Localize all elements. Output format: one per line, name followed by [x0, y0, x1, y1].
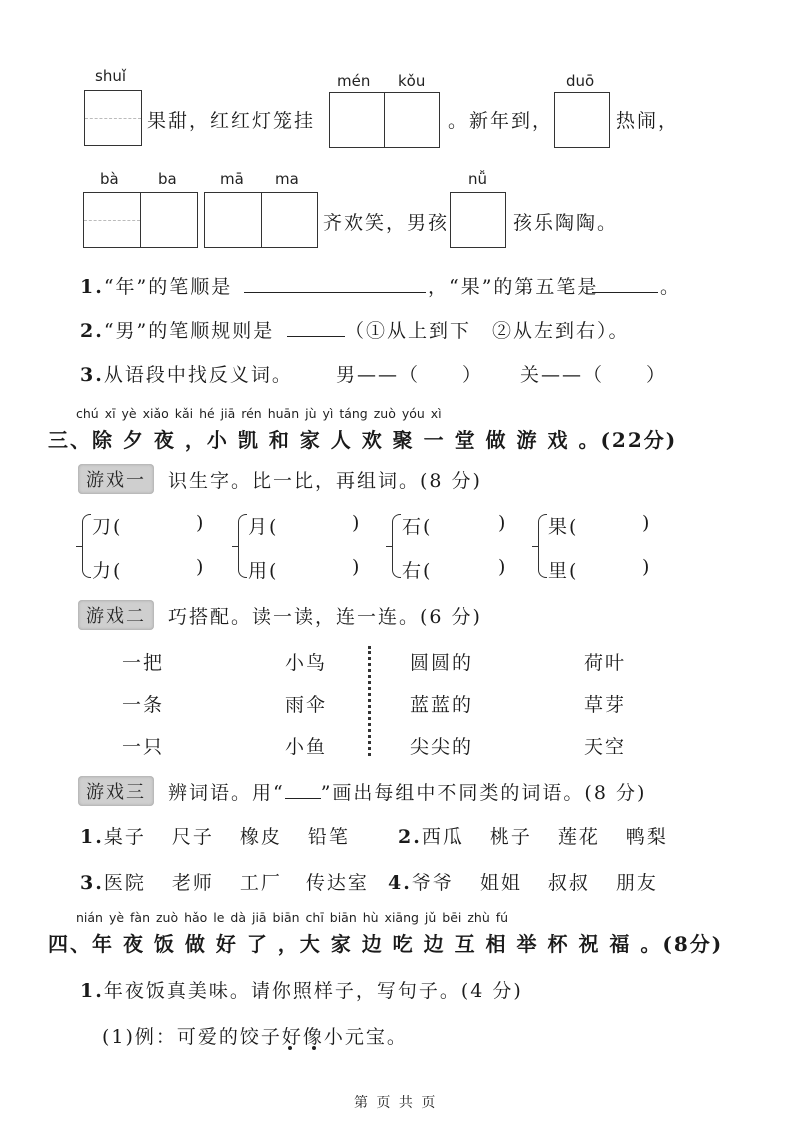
game3-badge: 游戏三: [78, 776, 154, 806]
group2-bottom: 用(: [248, 556, 278, 583]
match-adj-2[interactable]: 蓝蓝的: [410, 690, 473, 717]
pinyin-duo: duō: [566, 72, 594, 90]
game1-instruction: 识生字。比一比，再组词。(8 分): [168, 466, 482, 493]
group4-bottom: 里(: [548, 556, 578, 583]
passage-text: 孩乐陶陶。: [513, 208, 618, 235]
answer-box-ba2[interactable]: [140, 192, 198, 248]
divider: [368, 646, 371, 756]
passage-text: 果甜，红红灯笼挂: [147, 106, 315, 133]
answer-box-duo[interactable]: [554, 92, 610, 148]
paren: ): [196, 556, 205, 578]
pinyin-ma2: ma: [275, 170, 299, 188]
match-adj-3[interactable]: 尖尖的: [410, 732, 473, 759]
match-left-3[interactable]: 一只: [122, 732, 164, 759]
answer-box-men[interactable]: [329, 92, 385, 148]
group3-top: 石(: [402, 512, 432, 539]
passage-text: 热闹，: [616, 106, 679, 133]
punct: 。: [660, 272, 681, 299]
match-noun-3[interactable]: 小鱼: [285, 732, 327, 759]
game2-badge: 游戏二: [78, 600, 154, 630]
question-2-options: （①从上到下 ②从左到右）。: [345, 316, 630, 343]
match-noun-1[interactable]: 小鸟: [285, 648, 327, 675]
paren: ): [642, 556, 651, 578]
answer-line-nan-rule[interactable]: [287, 336, 345, 337]
match-noun-2[interactable]: 雨伞: [285, 690, 327, 717]
word-group-1: 1.桌子尺子橡皮铅笔: [80, 822, 350, 849]
paren: ): [352, 556, 361, 578]
word-group-2: 2.西瓜桃子莲花鸭梨: [398, 822, 668, 849]
answer-line-nian-stroke-order[interactable]: [244, 292, 426, 293]
brace: [82, 514, 91, 578]
group1-top: 刀(: [92, 512, 122, 539]
section4-title: 四、年 夜 饭 做 好 了 ，大 家 边 吃 边 互 相 举 杯 祝 福 。(8…: [48, 928, 723, 957]
group4-top: 果(: [548, 512, 578, 539]
answer-box-ma2[interactable]: [261, 192, 318, 248]
answer-box-nu[interactable]: [450, 192, 506, 248]
pinyin-men: mén: [337, 72, 370, 90]
game1-badge: 游戏一: [78, 464, 154, 494]
group2-top: 月(: [248, 512, 278, 539]
brace: [392, 514, 401, 578]
pinyin-kou: kǒu: [398, 72, 425, 90]
page-footer: 第 页 共 页: [354, 1092, 437, 1112]
question-3: 3.从语段中找反义词。: [80, 360, 293, 387]
emphasis-dot: [312, 1046, 316, 1050]
group1-bottom: 力(: [92, 556, 122, 583]
match-right-1[interactable]: 荷叶: [584, 648, 626, 675]
pinyin-ma1: mā: [220, 170, 244, 188]
answer-line-guo-fifth-stroke[interactable]: [592, 292, 658, 293]
answer-box-ba1[interactable]: [83, 192, 141, 248]
match-left-1[interactable]: 一把: [122, 648, 164, 675]
paren: ): [642, 512, 651, 534]
game2-instruction: 巧搭配。读一读，连一连。(6 分): [168, 602, 482, 629]
word-group-4: 4.爷爷姐姐叔叔朋友: [388, 868, 658, 895]
game3-instruction: 辨词语。用“”画出每组中不同类的词语。(8 分): [168, 778, 646, 805]
match-adj-1[interactable]: 圆圆的: [410, 648, 473, 675]
brace: [238, 514, 247, 578]
antonym-pair-nan[interactable]: 男——（ ）: [336, 360, 483, 387]
answer-box-kou[interactable]: [384, 92, 440, 148]
word-group-3: 3.医院老师工厂传达室: [80, 868, 369, 895]
match-right-2[interactable]: 草芽: [584, 690, 626, 717]
paren: ): [352, 512, 361, 534]
passage-text: 齐欢笑，男孩: [323, 208, 449, 235]
pinyin-ba1: bà: [100, 170, 119, 188]
section3-title: 三、除 夕 夜 ，小 凯 和 家 人 欢 聚 一 堂 做 游 戏 。(22分): [48, 424, 677, 453]
emphasis-dot: [288, 1046, 292, 1050]
question-1-part-b: ，“果”的第五笔是: [428, 272, 598, 299]
paren: ): [498, 556, 507, 578]
pinyin-nu: nǚ: [468, 170, 487, 188]
section4-question-1: 1.年夜饭真美味。请你照样子，写句子。(4 分): [80, 976, 523, 1003]
group3-bottom: 右(: [402, 556, 432, 583]
antonym-pair-guan: 关——（ ）: [520, 360, 667, 387]
question-1: 1.“年”的笔顺是: [80, 272, 232, 299]
section3-pinyin: chú xī yè xiǎo kǎi hé jiā rén huān jù yì…: [76, 406, 442, 421]
example-sentence: (1)例：可爱的饺子好像小元宝。: [102, 1022, 408, 1049]
passage-text: 。新年到，: [448, 106, 553, 133]
question-2: 2.“男”的笔顺规则是: [80, 316, 274, 343]
match-right-3[interactable]: 天空: [584, 732, 626, 759]
match-left-2[interactable]: 一条: [122, 690, 164, 717]
brace: [538, 514, 547, 578]
pinyin-shui: shuǐ: [95, 67, 126, 85]
pinyin-ba2: ba: [158, 170, 177, 188]
paren: ): [196, 512, 205, 534]
answer-box-shui[interactable]: [84, 90, 142, 146]
answer-box-ma1[interactable]: [204, 192, 262, 248]
paren: ): [498, 512, 507, 534]
section4-pinyin: nián yè fàn zuò hǎo le dà jiā biān chī b…: [76, 910, 508, 925]
